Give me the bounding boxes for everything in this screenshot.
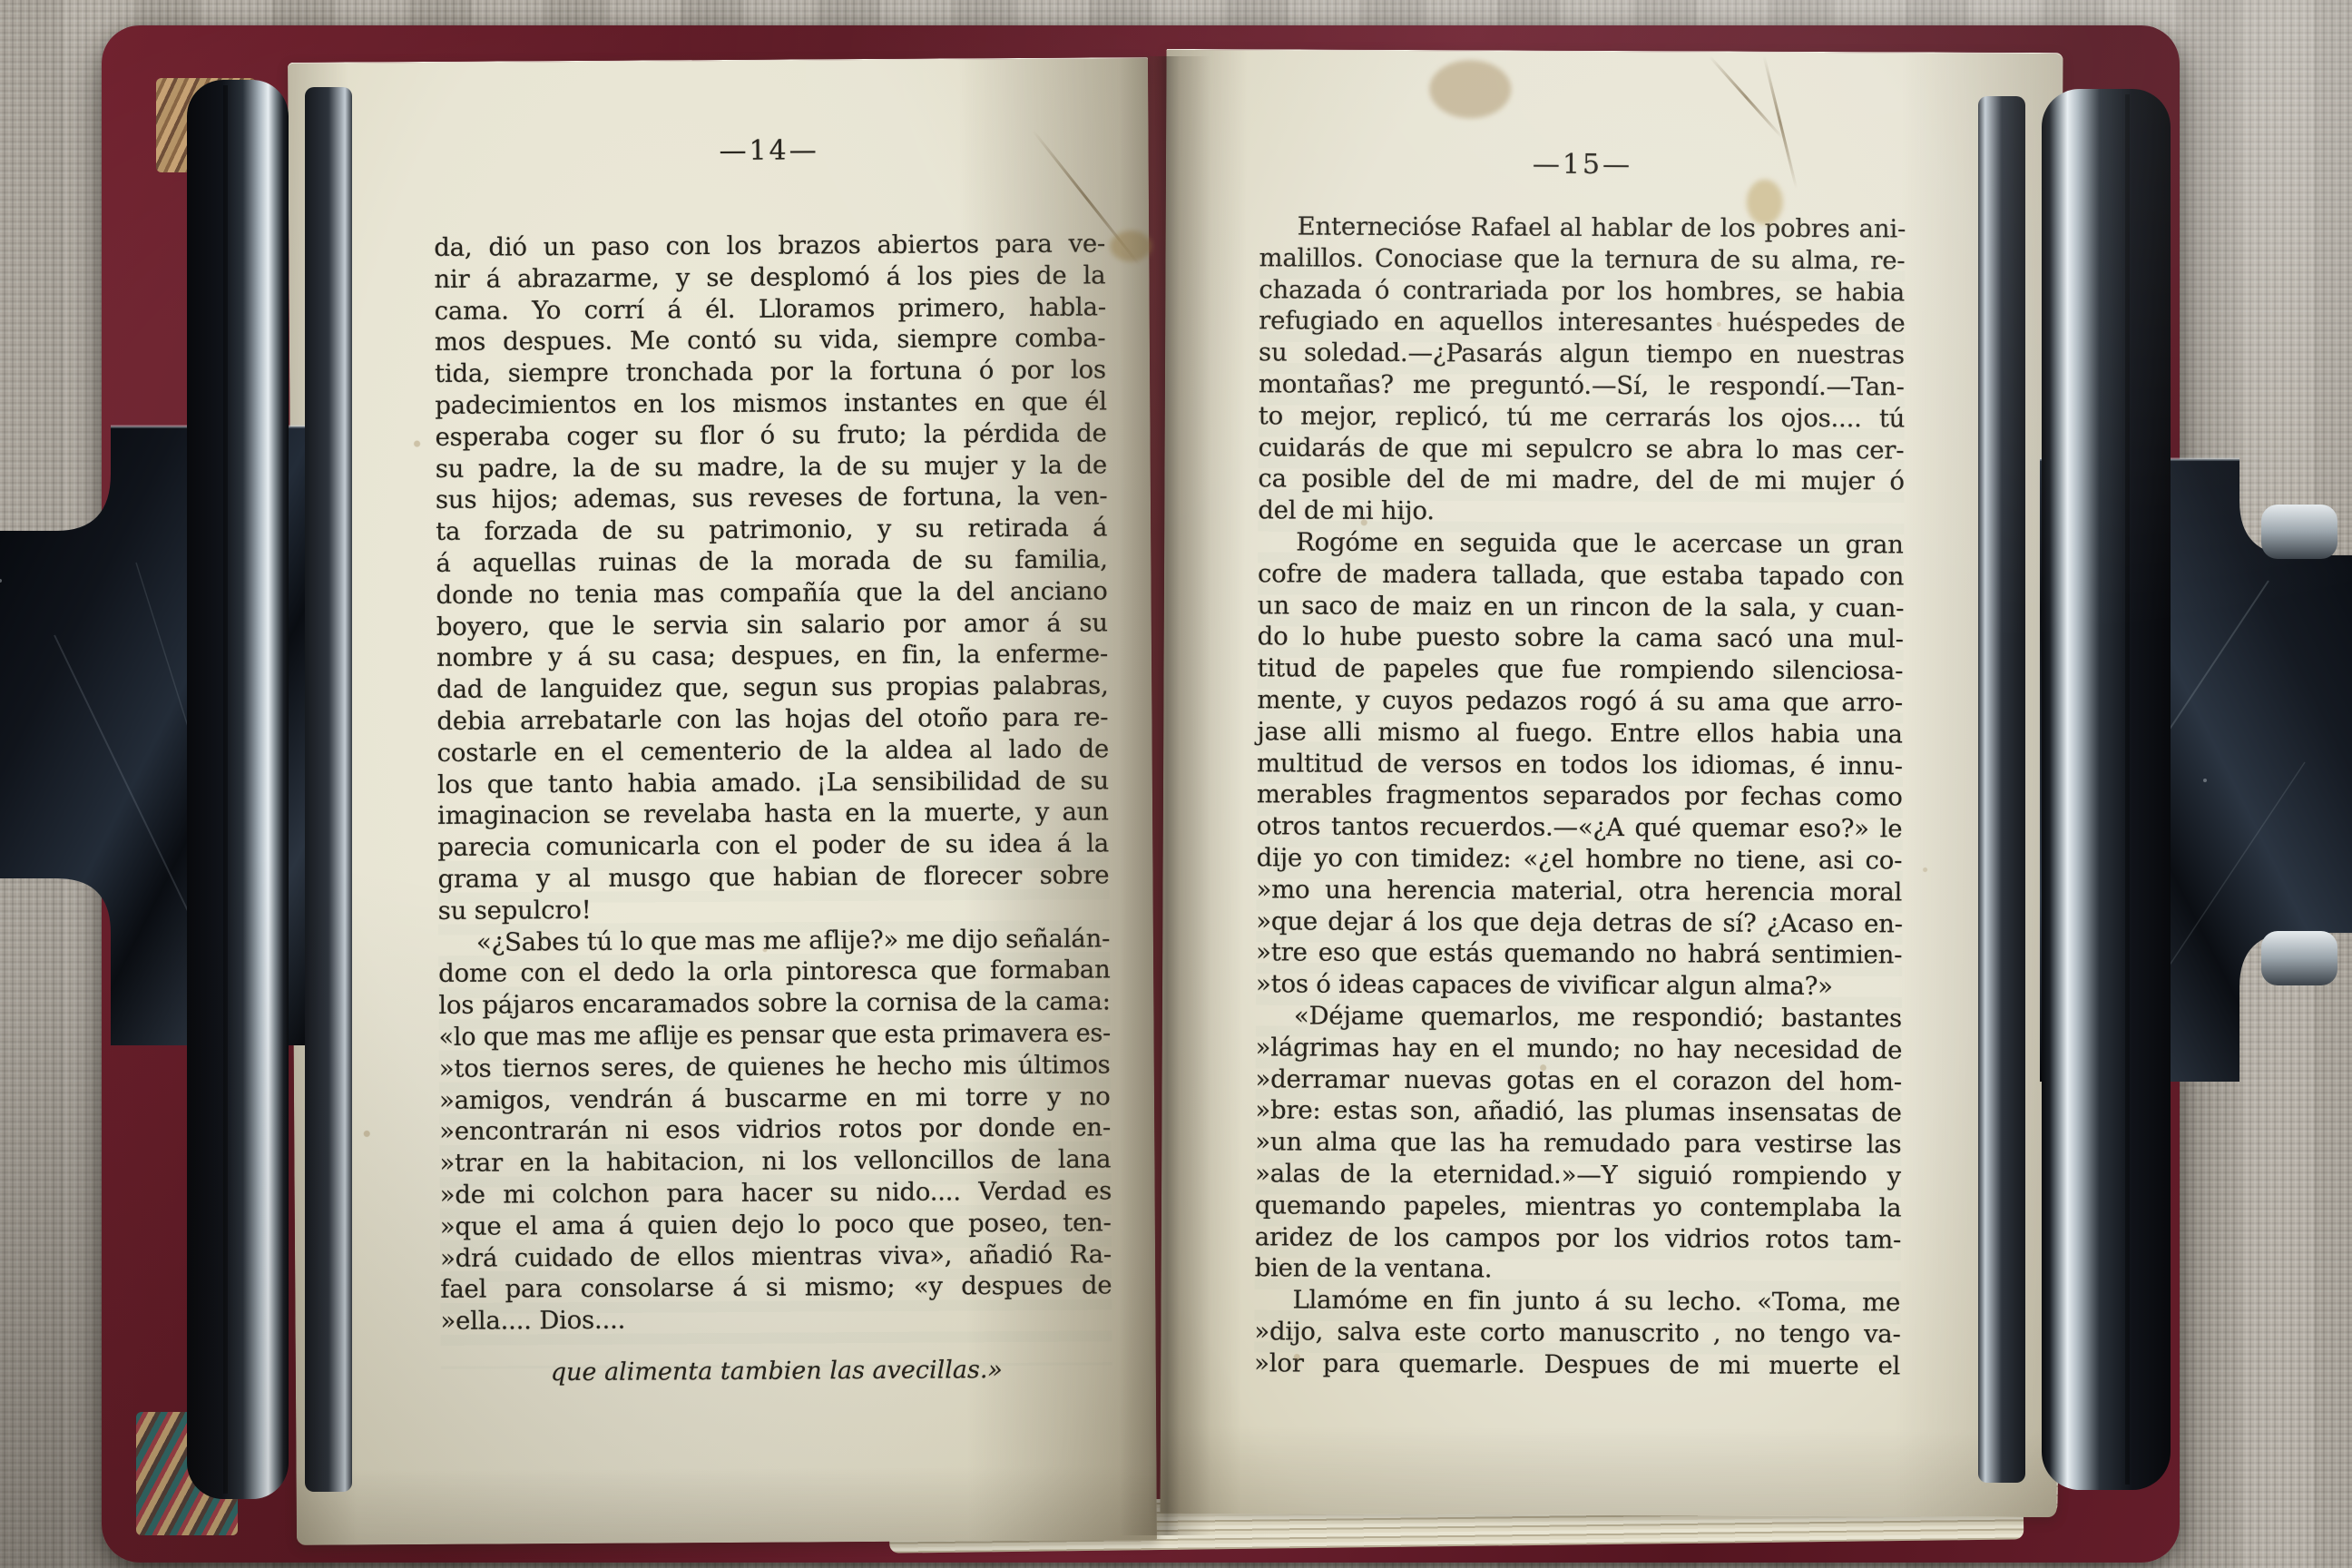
page-right-text: Enternecióse Rafael al hablar de los pob… — [1254, 211, 1906, 1382]
text-line: su sepulcro! — [438, 891, 1110, 926]
text-line: Llamóme en fin junto á su lecho. «Toma, … — [1254, 1284, 1900, 1318]
text-line: »tre eso que estás quemando no habrá sen… — [1256, 937, 1902, 972]
text-line: «lo que mas me aflije es pensar que esta… — [438, 1017, 1110, 1053]
text-line: nir á abrazarme, y se desplomó á los pie… — [434, 260, 1105, 295]
text-line: titud de papeles que fue rompiendo silen… — [1257, 652, 1903, 687]
text-line: donde no tenia mas compañía que la del a… — [436, 575, 1108, 611]
text-line: imaginacion se revelaba hasta en la muer… — [437, 797, 1109, 832]
text-line: dije yo con timidez: «¿el hombre no tien… — [1257, 842, 1903, 877]
text-line: »que el ama á quien dejo lo poco que pos… — [440, 1207, 1112, 1242]
text-line: «¿Sabes tú lo que mas me aflije?» me dij… — [438, 923, 1110, 958]
text-line: »tos tiernos seres, de quienes he hecho … — [439, 1049, 1111, 1084]
text-line: costarle en el cementerio de la aldea al… — [437, 733, 1109, 769]
text-line: esperaba coger su flor ó su fruto; la pé… — [435, 417, 1106, 453]
text-line: cuidarás de que mi sepulcro se abra lo m… — [1259, 432, 1905, 466]
text-line: debia arrebatarle con las hojas del otoñ… — [436, 701, 1108, 737]
tear-mark — [1032, 130, 1141, 267]
text-line: »que dejar á los que deja detras de sí? … — [1256, 906, 1902, 940]
marbled-edge-bottom-left — [136, 1412, 238, 1535]
text-line: da, dió un paso con los brazos abiertos … — [434, 228, 1105, 263]
text-line: »un alma que las ha remudado para vestir… — [1255, 1126, 1901, 1161]
text-line: »tos ó ideas capaces de vivificar algun … — [1256, 968, 1902, 1003]
text-line: refugiado en aquellos interesantes huésp… — [1259, 306, 1905, 340]
text-line: sus hijos; ademas, sus reveses de fortun… — [436, 481, 1107, 516]
page-left-text: da, dió un paso con los brazos abiertos … — [434, 228, 1112, 1337]
text-line: ca posible del de mi madre, del de mi mu… — [1258, 464, 1904, 498]
text-line: mente, y cuyos pedazos rogó á su ama que… — [1257, 684, 1903, 719]
text-line: to mejor, replicó, tú me cerrarás los oj… — [1259, 400, 1905, 435]
text-line: »lágrimas hay en el mundo; no hay necesi… — [1256, 1032, 1902, 1066]
stain — [1429, 60, 1511, 118]
text-line: los pájaros encaramados sobre la cornisa… — [438, 986, 1110, 1022]
text-line: merables fragmentos separados por fechas… — [1257, 779, 1903, 814]
text-line: dad de languidez que, segun sus propias … — [436, 671, 1108, 706]
text-line: »de mi colchon para hacer su nido.... Ve… — [440, 1175, 1112, 1210]
text-line: padecimientos en los mismos instantes en… — [435, 386, 1106, 421]
stain — [1110, 230, 1151, 261]
text-line: cama. Yo corrí á él. Lloramos primero, h… — [435, 291, 1106, 327]
text-line: »amigos, vendrán á buscarme en mi torre … — [439, 1081, 1111, 1116]
text-line: nombre y á su casa; despues, en fin, la … — [436, 639, 1108, 674]
text-line: »ella.... Dios.... — [440, 1301, 1112, 1337]
text-line: montañas? me preguntó.—Sí, le respondí.—… — [1259, 368, 1905, 403]
text-line: do lo hube puesto sobre la cama sacó una… — [1258, 622, 1904, 656]
show-through-text — [437, 857, 1112, 1369]
tear-mark — [1709, 55, 1783, 139]
text-line: otros tantos recuerdos.—«¿A qué quemar e… — [1257, 810, 1903, 845]
text-line: Enternecióse Rafael al hablar de los pob… — [1259, 211, 1906, 245]
text-line: »dijo, salva este corto manuscrito , no … — [1254, 1316, 1900, 1350]
text-line: ta forzada de su patrimonio, y su retira… — [436, 513, 1107, 548]
text-line: Rogóme en seguida que le acercase un gra… — [1258, 526, 1904, 561]
text-line: dome con el dedo la orla pintoresca que … — [438, 955, 1110, 990]
marbled-edge-top-left — [156, 78, 256, 172]
text-line: á aquellas ruinas de la morada de su fam… — [436, 544, 1107, 579]
photo-scene: —14— da, dió un paso con los brazos abie… — [0, 0, 2352, 1568]
tear-mark — [1763, 56, 1798, 189]
page-number-left: —14— — [434, 132, 1105, 169]
text-line: »alas de la eternidad.»—Y siguió rompien… — [1255, 1158, 1901, 1192]
show-through-text — [1254, 268, 1905, 1359]
page-number-right: —15— — [1259, 147, 1906, 181]
page-right: —15— Enternecióse Rafael al hablar de lo… — [1160, 49, 2063, 1517]
foxing-specks — [1160, 50, 2063, 1517]
page-left: —14— da, dió un paso con los brazos abie… — [288, 57, 1157, 1545]
text-line: quemando papeles, mientras yo contemplab… — [1255, 1190, 1901, 1224]
text-line: »lor para quemarle. Despues de mi muerte… — [1254, 1347, 1900, 1382]
stain — [1747, 180, 1783, 225]
foxing-specks — [288, 58, 1157, 1545]
text-line: bien de la ventana. — [1255, 1253, 1901, 1288]
text-line: »mo una herencia material, otra herencia… — [1256, 874, 1902, 908]
text-line: jase alli mismo al fuego. Entre ellos ha… — [1257, 716, 1903, 750]
text-line: »encontrarán ni esos vidrios rotos por d… — [439, 1112, 1111, 1148]
text-line: un saco de maiz en un rincon de la sala,… — [1258, 590, 1904, 624]
text-line: multitud de versos en todos los idiomas,… — [1257, 748, 1903, 782]
text-line: »bre: estas son, añadió, las plumas inse… — [1255, 1095, 1901, 1130]
text-line: malillos. Conociase que la ternura de su… — [1259, 242, 1905, 277]
text-line: fael para consolarse á si mismo; «y desp… — [440, 1270, 1112, 1306]
text-line: boyero, que le servia sin salario por am… — [436, 607, 1108, 642]
text-line: su padre, la de su madre, la de su mujer… — [436, 449, 1107, 485]
text-line: »derramar nuevas gotas en el corazon del… — [1255, 1063, 1901, 1098]
text-line: su soledad.—¿Pasarás algun tiempo en nue… — [1259, 337, 1905, 371]
text-line: cofre de madera tallada, que estaba tapa… — [1258, 558, 1904, 593]
text-line: aridez de los campos por los vidrios rot… — [1255, 1221, 1901, 1256]
text-line: »trar en la habitacion, ni los velloncil… — [439, 1144, 1111, 1180]
text-line: tida, siempre tronchada por la fortuna ó… — [435, 355, 1106, 390]
text-line: los que tanto habia amado. ¡La sensibili… — [437, 765, 1109, 800]
text-line: chazada ó contrariada por los hombres, s… — [1259, 274, 1905, 309]
text-line: parecia comunicarla con el poder de su i… — [437, 828, 1109, 864]
text-line: grama y al musgo que habian de florecer … — [437, 859, 1109, 895]
text-line: mos despues. Me contó su vida, siempre c… — [435, 323, 1106, 358]
text-line: »drá cuidado de ellos mientras viva», añ… — [440, 1239, 1112, 1274]
italic-quote-line: que alimenta tambien las avecillas.» — [441, 1355, 1112, 1387]
text-line: «Déjame quemarlos, me respondió; bastant… — [1256, 1000, 1902, 1034]
text-line: del de mi hijo. — [1258, 495, 1904, 529]
